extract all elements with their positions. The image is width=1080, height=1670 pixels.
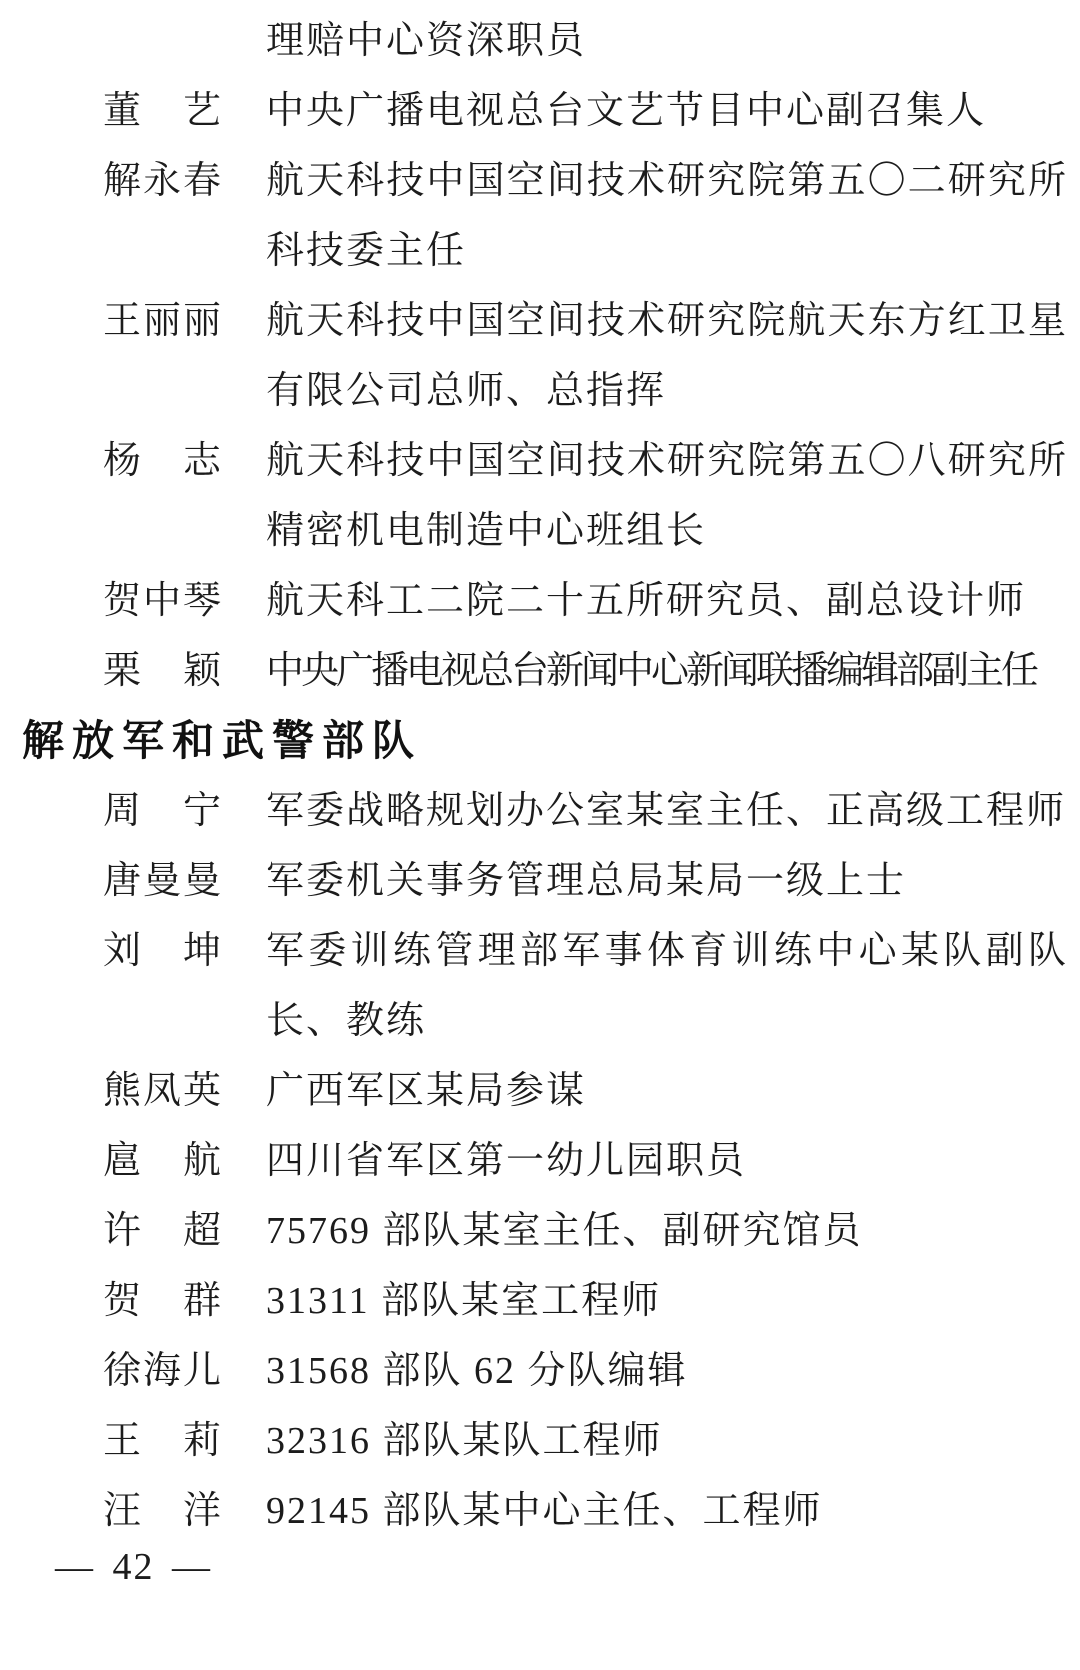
name-char: 汪	[103, 1476, 141, 1546]
continuation-row: 理赔中心资深职员	[0, 6, 1080, 76]
section-header: 解放军和武警部队	[22, 706, 1080, 776]
person-title: 中央广播电视总台新闻中心新闻联播编辑部副主任	[266, 636, 1066, 706]
person-name: 董艺	[103, 76, 221, 146]
person-name: 贺群	[103, 1266, 221, 1336]
name-char: 徐	[103, 1336, 141, 1406]
title-line: 中央广播电视总台新闻中心新闻联播编辑部副主任	[266, 636, 1066, 706]
entry-row: 董艺中央广播电视总台文艺节目中心副召集人	[0, 76, 1080, 146]
person-title: 31568 部队 62 分队编辑	[266, 1336, 1066, 1406]
title-line: 长、教练	[266, 986, 1066, 1056]
name-char: 贺	[103, 566, 141, 636]
entry-row: 许超75769 部队某室主任、副研究馆员	[0, 1196, 1080, 1266]
name-char: 儿	[183, 1336, 221, 1406]
name-char: 中	[143, 566, 181, 636]
title-line: 军委训练管理部军事体育训练中心某队副队	[266, 916, 1066, 986]
person-name: 栗颖	[103, 636, 221, 706]
title-line: 科技委主任	[266, 216, 1066, 286]
name-char: 凤	[143, 1056, 181, 1126]
name-char: 许	[103, 1196, 141, 1266]
title-line: 航天科技中国空间技术研究院第五〇八研究所	[266, 426, 1066, 496]
name-char: 艺	[183, 76, 221, 146]
title-line: 32316 部队某队工程师	[266, 1406, 1066, 1476]
entry-row: 徐海儿31568 部队 62 分队编辑	[0, 1336, 1080, 1406]
person-title: 航天科技中国空间技术研究院航天东方红卫星有限公司总师、总指挥	[266, 286, 1066, 426]
name-char: 贺	[103, 1266, 141, 1336]
page-number: — 42 —	[55, 1537, 212, 1597]
person-title: 航天科技中国空间技术研究院第五〇八研究所精密机电制造中心班组长	[266, 426, 1066, 566]
name-char: 熊	[103, 1056, 141, 1126]
person-title: 92145 部队某中心主任、工程师	[266, 1476, 1066, 1546]
person-title: 75769 部队某室主任、副研究馆员	[266, 1196, 1066, 1266]
name-char: 唐	[103, 846, 141, 916]
person-name: 熊凤英	[103, 1056, 221, 1126]
person-name: 解永春	[103, 146, 221, 216]
title-line: 92145 部队某中心主任、工程师	[266, 1476, 1066, 1546]
person-name: 唐曼曼	[103, 846, 221, 916]
name-char: 丽	[143, 286, 181, 356]
title-line: 广西军区某局参谋	[266, 1056, 1066, 1126]
entry-row: 栗颖中央广播电视总台新闻中心新闻联播编辑部副主任	[0, 636, 1080, 706]
name-char: 颖	[183, 636, 221, 706]
title-line: 航天科工二院二十五所研究员、副总设计师	[266, 566, 1066, 636]
person-title: 军委机关事务管理总局某局一级上士	[266, 846, 1066, 916]
name-char: 曼	[143, 846, 181, 916]
name-char: 英	[183, 1056, 221, 1126]
title-line: 军委机关事务管理总局某局一级上士	[266, 846, 1066, 916]
title-line: 精密机电制造中心班组长	[266, 496, 1066, 566]
title-line: 理赔中心资深职员	[266, 6, 1066, 76]
person-title: 广西军区某局参谋	[266, 1056, 1066, 1126]
person-title: 31311 部队某室工程师	[266, 1266, 1066, 1336]
name-char: 海	[143, 1336, 181, 1406]
document-body: 理赔中心资深职员董艺中央广播电视总台文艺节目中心副召集人解永春航天科技中国空间技…	[0, 0, 1080, 1546]
title-line: 31568 部队 62 分队编辑	[266, 1336, 1066, 1406]
entry-row: 杨志航天科技中国空间技术研究院第五〇八研究所精密机电制造中心班组长	[0, 426, 1080, 566]
name-char: 栗	[103, 636, 141, 706]
person-title: 航天科工二院二十五所研究员、副总设计师	[266, 566, 1066, 636]
name-char: 志	[183, 426, 221, 496]
name-char: 永	[143, 146, 181, 216]
entry-row: 刘坤军委训练管理部军事体育训练中心某队副队长、教练	[0, 916, 1080, 1056]
person-name: 徐海儿	[103, 1336, 221, 1406]
person-title: 航天科技中国空间技术研究院第五〇二研究所科技委主任	[266, 146, 1066, 286]
person-name: 杨志	[103, 426, 221, 496]
title-line: 31311 部队某室工程师	[266, 1266, 1066, 1336]
person-title: 四川省军区第一幼儿园职员	[266, 1126, 1066, 1196]
name-char: 丽	[183, 286, 221, 356]
title-line: 航天科技中国空间技术研究院第五〇二研究所	[266, 146, 1066, 216]
title-line: 四川省军区第一幼儿园职员	[266, 1126, 1066, 1196]
name-char: 洋	[183, 1476, 221, 1546]
name-char: 杨	[103, 426, 141, 496]
person-name: 扈航	[103, 1126, 221, 1196]
name-char: 扈	[103, 1126, 141, 1196]
person-name: 许超	[103, 1196, 221, 1266]
entry-row: 贺群31311 部队某室工程师	[0, 1266, 1080, 1336]
entry-row: 王丽丽航天科技中国空间技术研究院航天东方红卫星有限公司总师、总指挥	[0, 286, 1080, 426]
person-name: 刘坤	[103, 916, 221, 986]
entry-row: 熊凤英广西军区某局参谋	[0, 1056, 1080, 1126]
person-name: 贺中琴	[103, 566, 221, 636]
name-char: 群	[183, 1266, 221, 1336]
name-char: 超	[183, 1196, 221, 1266]
entry-row: 周宁军委战略规划办公室某室主任、正高级工程师	[0, 776, 1080, 846]
person-name: 周宁	[103, 776, 221, 846]
name-char: 董	[103, 76, 141, 146]
name-char: 坤	[183, 916, 221, 986]
name-char: 宁	[183, 776, 221, 846]
person-name: 王莉	[103, 1406, 221, 1476]
title-line: 航天科技中国空间技术研究院航天东方红卫星	[266, 286, 1066, 356]
name-char: 周	[103, 776, 141, 846]
person-title: 中央广播电视总台文艺节目中心副召集人	[266, 76, 1066, 146]
name-char: 王	[103, 286, 141, 356]
entry-row: 王莉32316 部队某队工程师	[0, 1406, 1080, 1476]
name-char: 曼	[183, 846, 221, 916]
name-char: 莉	[183, 1406, 221, 1476]
entry-row: 唐曼曼军委机关事务管理总局某局一级上士	[0, 846, 1080, 916]
title-line: 中央广播电视总台文艺节目中心副召集人	[266, 76, 1066, 146]
document-page: 理赔中心资深职员董艺中央广播电视总台文艺节目中心副召集人解永春航天科技中国空间技…	[0, 0, 1080, 1670]
entry-row: 解永春航天科技中国空间技术研究院第五〇二研究所科技委主任	[0, 146, 1080, 286]
person-title: 理赔中心资深职员	[266, 6, 1066, 76]
person-title: 32316 部队某队工程师	[266, 1406, 1066, 1476]
person-title: 军委训练管理部军事体育训练中心某队副队长、教练	[266, 916, 1066, 1056]
name-char: 解	[103, 146, 141, 216]
entry-row: 扈航四川省军区第一幼儿园职员	[0, 1126, 1080, 1196]
title-line: 有限公司总师、总指挥	[266, 356, 1066, 426]
person-name: 王丽丽	[103, 286, 221, 356]
name-char: 刘	[103, 916, 141, 986]
person-name: 汪洋	[103, 1476, 221, 1546]
person-title: 军委战略规划办公室某室主任、正高级工程师	[266, 776, 1066, 846]
entry-row: 贺中琴航天科工二院二十五所研究员、副总设计师	[0, 566, 1080, 636]
name-char: 航	[183, 1126, 221, 1196]
name-char: 春	[183, 146, 221, 216]
name-char: 王	[103, 1406, 141, 1476]
title-line: 军委战略规划办公室某室主任、正高级工程师	[266, 776, 1066, 846]
title-line: 75769 部队某室主任、副研究馆员	[266, 1196, 1066, 1266]
name-char: 琴	[183, 566, 221, 636]
entry-row: 汪洋92145 部队某中心主任、工程师	[0, 1476, 1080, 1546]
